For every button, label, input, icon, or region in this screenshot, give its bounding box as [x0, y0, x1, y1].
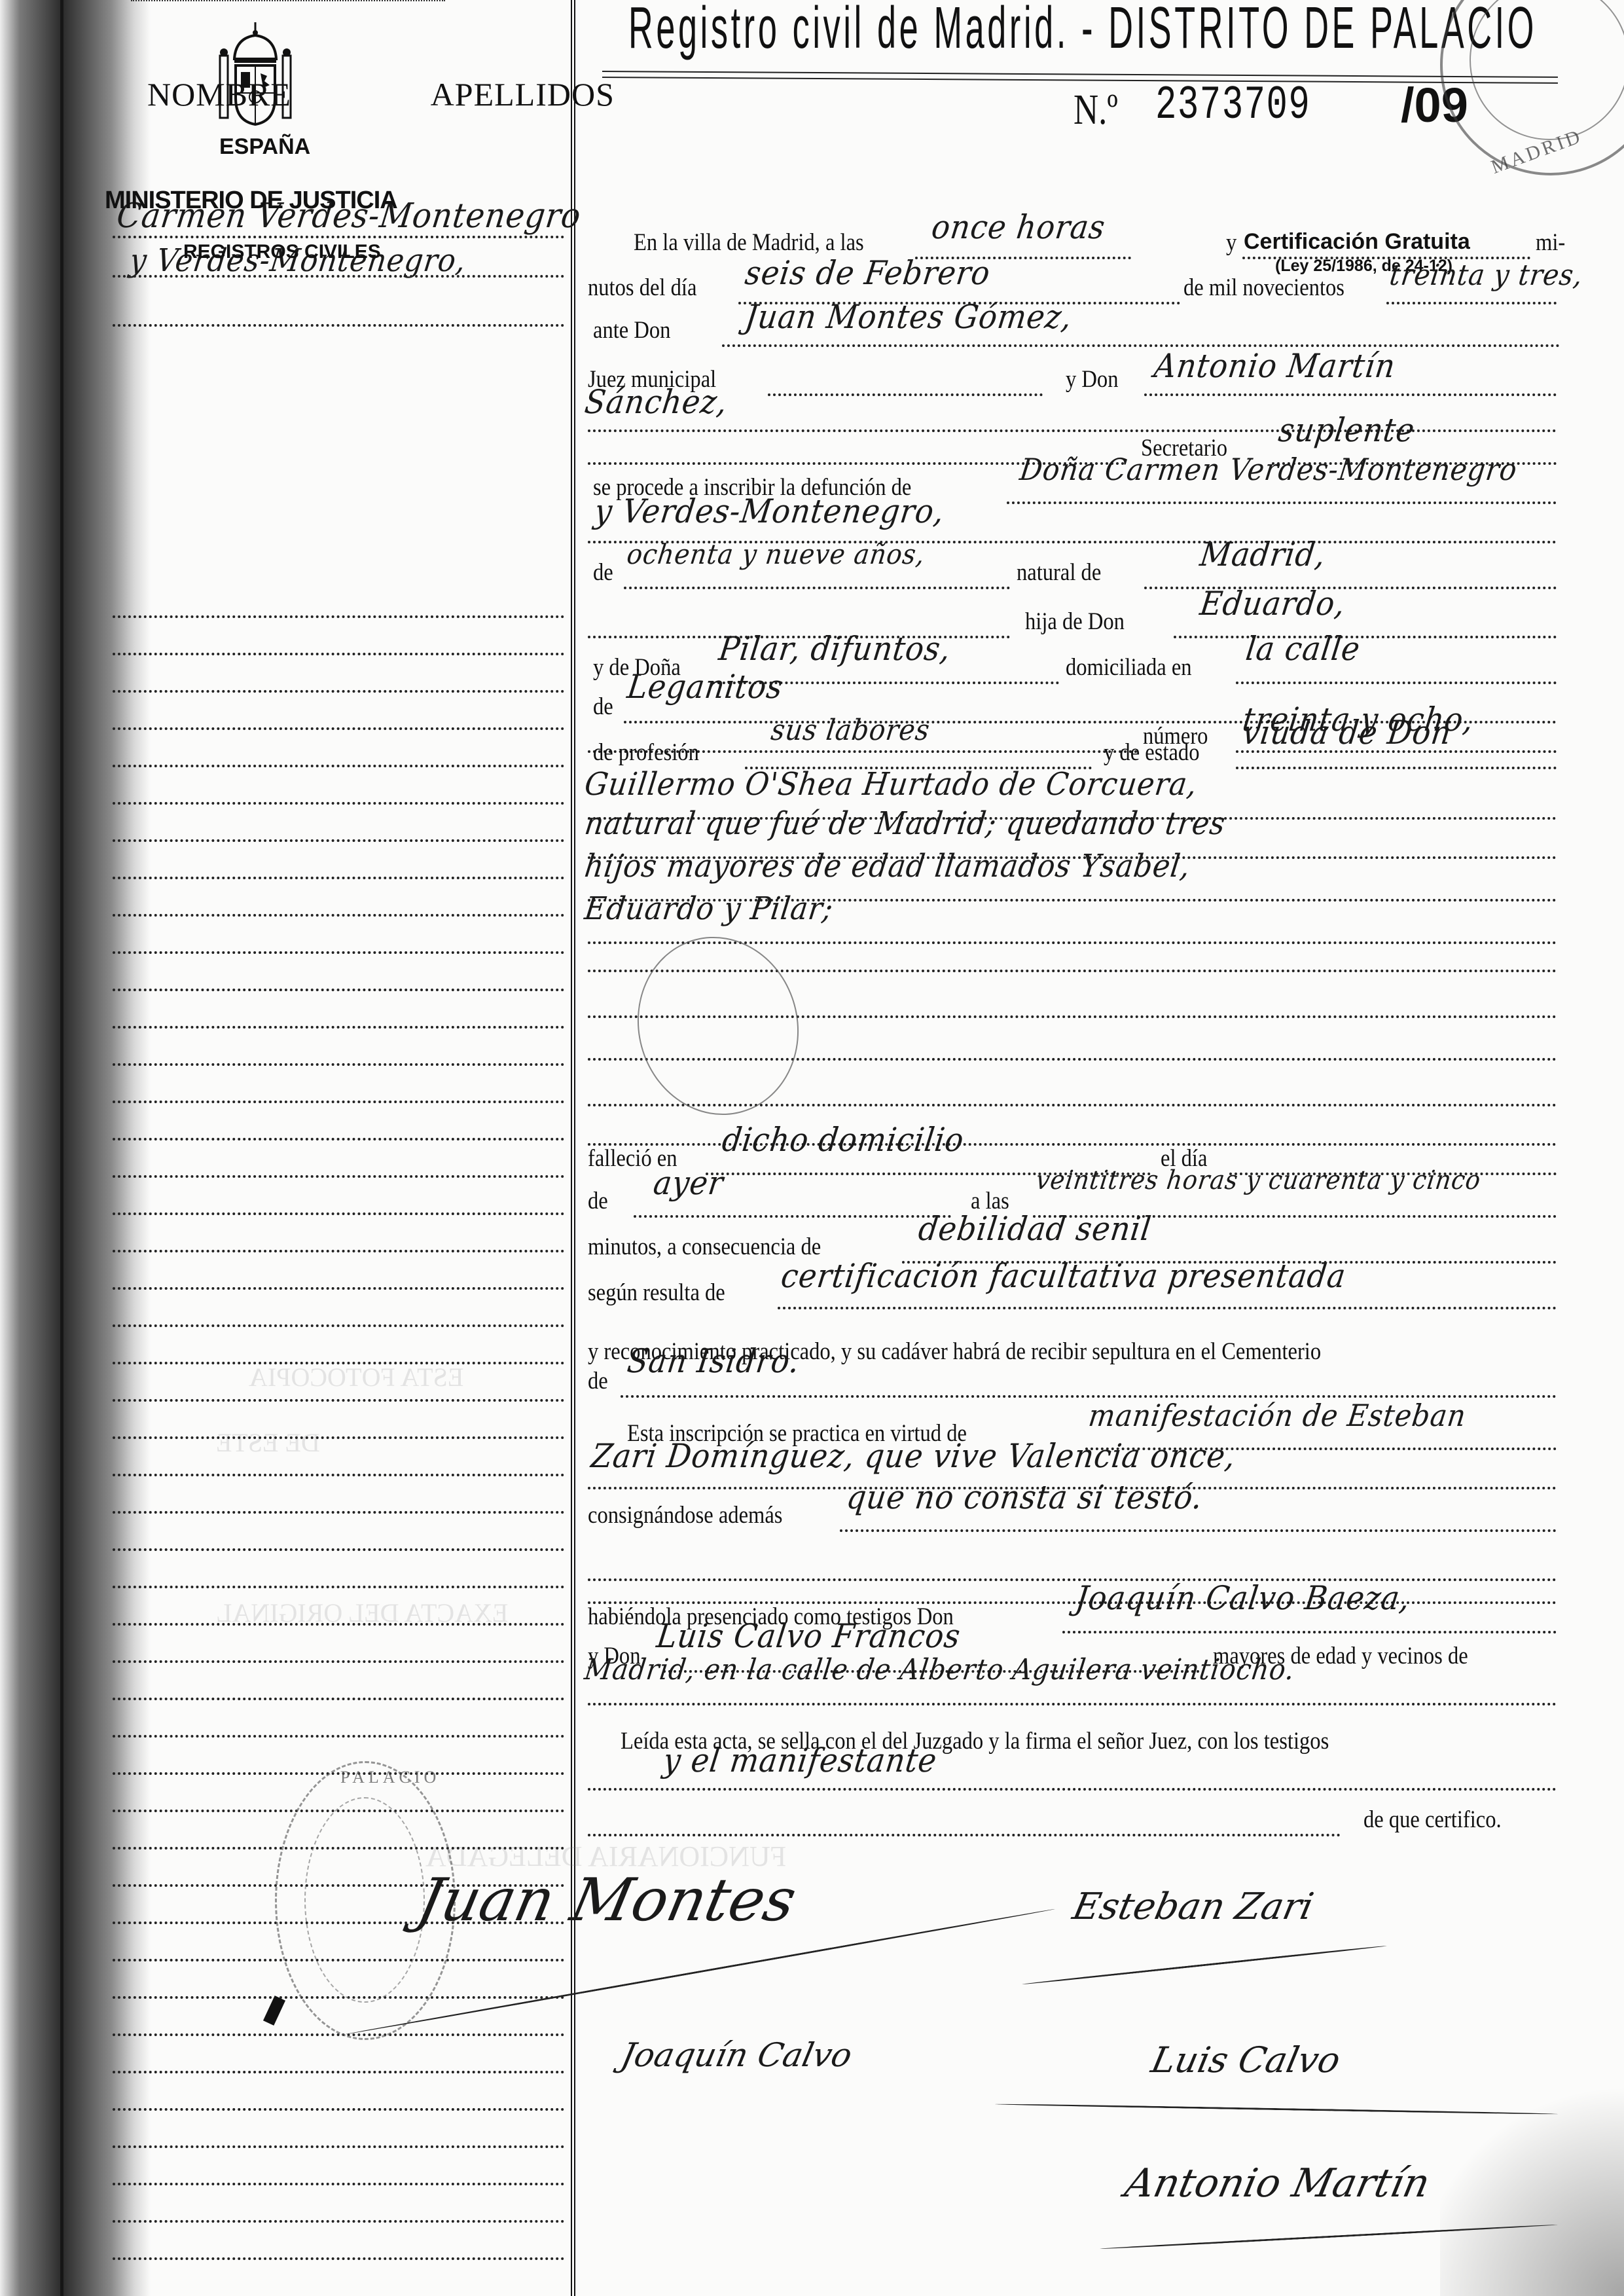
minutes-connector: y: [1226, 228, 1236, 257]
state-value: viuda de Don: [1240, 714, 1454, 752]
ruled-line: [113, 1250, 564, 1252]
ruled-line: [113, 2145, 564, 2148]
ruled-line: [113, 951, 564, 954]
death-day-value: ayer: [651, 1164, 726, 1202]
ruled-line: [113, 1698, 564, 1700]
ruled-line: [113, 1287, 564, 1290]
ruled-line: [113, 236, 564, 238]
form-row-certify: de que certifico.: [581, 1797, 1586, 1839]
profession-label: de profesión: [593, 738, 699, 767]
ruled-line: [113, 1063, 564, 1066]
day-value: seis de Febrero: [743, 254, 992, 292]
ruled-line: [113, 2220, 564, 2223]
ruled-line: [113, 1548, 564, 1551]
death-time-value: veintitres horas y cuarenta y cinco: [1034, 1165, 1483, 1195]
and-don-label: y Don: [1066, 365, 1119, 393]
registry-header: Registro civil de Madrid. - DISTRITO DE …: [628, 0, 1537, 62]
ruled-line: [113, 877, 564, 879]
age-prefix: de: [593, 558, 613, 587]
hours-value: once horas: [929, 208, 1108, 246]
certify-label: de que certifico.: [1363, 1806, 1502, 1834]
child-of-label: hija de Don: [1025, 608, 1125, 636]
mother-value: Pilar, difuntos,: [717, 630, 953, 668]
age-value: ochenta y nueve años,: [625, 538, 927, 570]
ruled-line: [113, 615, 564, 618]
narrative-line: natural que fué de Madrid; quedando tres: [583, 805, 1228, 842]
ruled-line: [113, 1138, 564, 1140]
ruled-line: [113, 1660, 564, 1663]
signature-secretary: Antonio Martín: [1121, 2160, 1434, 2206]
minutes-suffix: mi-: [1536, 228, 1565, 257]
cemetery-prefix: de: [588, 1367, 608, 1395]
deceased-name-line-1: Doña Carmen Verdes-Montenegro: [1018, 452, 1519, 487]
according-label: según resulta de: [588, 1279, 725, 1307]
ruled-line: [113, 839, 564, 842]
ruled-line: [113, 1586, 564, 1588]
witness-1-name: Joaquín Calvo Baeza,: [1074, 1579, 1413, 1617]
ruled-line: [113, 1324, 564, 1327]
record-number-label: N.º: [1074, 85, 1118, 135]
binding-edge: [60, 0, 63, 2296]
also-label: consignándose además: [588, 1501, 782, 1529]
residents-value: Madrid, en la calle de Alberto Aguilera …: [583, 1653, 1297, 1686]
ruled-line: [113, 324, 564, 327]
according-value: certificación facultativa presentada: [779, 1257, 1348, 1295]
narrative-line: hijos mayores de edad llamados Ysabel,: [583, 848, 1193, 884]
native-value: Madrid,: [1198, 536, 1328, 574]
ruled-line: [113, 2257, 564, 2260]
father-value: Eduardo,: [1198, 585, 1348, 623]
ruled-line: [113, 914, 564, 917]
scan-shadow: [1440, 2062, 1624, 2296]
intro-label: En la villa de Madrid, a las: [634, 228, 864, 257]
ruled-line: [113, 989, 564, 991]
judge-name: Juan Montes Gómez,: [743, 298, 1074, 336]
signature-witness-2: Luis Calvo: [1147, 2039, 1344, 2081]
ruled-line: [113, 1175, 564, 1178]
domicile-label: domiciliada en: [1066, 653, 1192, 682]
before-don-label: ante Don: [593, 316, 670, 344]
court-seal-text: PALACIO: [340, 1768, 440, 1787]
ruled-line: [113, 653, 564, 655]
ruled-line: [113, 727, 564, 730]
signature-witness-1: Joaquín Calvo: [618, 2036, 856, 2074]
cause-value: debilidad senil: [916, 1210, 1153, 1248]
year-value: treinta y tres,: [1388, 259, 1585, 292]
record-number: 2373709: [1155, 79, 1310, 132]
street-value: Leganitos: [625, 668, 785, 706]
form-row-judge: ante Don: [581, 308, 1586, 350]
ruled-line: [113, 1362, 564, 1364]
ruled-line: [113, 765, 564, 767]
of-label: de: [588, 1187, 608, 1215]
ruled-line: [113, 1101, 564, 1103]
closing-value: y el manifestante: [661, 1741, 939, 1779]
narrative-line: Guillermo O'Shea Hurtado de Corcuera,: [583, 766, 1199, 803]
ruled-line: [113, 1735, 564, 1738]
inscription-value-2: Zari Domínguez, que vive Valencia once,: [589, 1437, 1238, 1475]
witness-2-name: Luis Calvo Francos: [655, 1617, 963, 1655]
minutes-prefix-label: nutos del día: [588, 274, 696, 302]
ruled-line: [113, 1212, 564, 1215]
certificate-page: ESTA FOTOCOPIA DE ESTE EXACTA DEL ORIGIN…: [0, 0, 1624, 2296]
ruled-line: [113, 2183, 564, 2185]
ruled-line: [113, 690, 564, 693]
court-seal-inner: [304, 1797, 425, 2003]
ruled-line: [113, 2071, 564, 2073]
ruled-line: [113, 1436, 564, 1439]
cemetery-value: San Isidro.: [625, 1342, 802, 1380]
state-label: y de estado: [1104, 738, 1199, 767]
signature-declarant: Esteban Zari: [1069, 1886, 1317, 1928]
profession-value: sus labores: [769, 714, 932, 747]
ruled-line: [113, 1399, 564, 1402]
ruled-line: [113, 275, 564, 278]
signature-flourish: [1022, 1945, 1386, 1986]
secretary-role: suplente: [1276, 411, 1417, 449]
deceased-name-line-2: y Verdes-Montenegro,: [592, 492, 947, 530]
secretary-name-1: Antonio Martín: [1152, 347, 1398, 385]
year-label: de mil novecientos: [1183, 274, 1344, 302]
narrative-line: Eduardo y Pilar;: [583, 890, 835, 927]
ruled-line: [113, 2108, 564, 2111]
also-value: que no consta si testó.: [844, 1478, 1205, 1516]
secretary-name-2: Sánchez,: [583, 383, 730, 421]
ruled-line: [113, 1623, 564, 1626]
death-place-value: dicho domicilio: [720, 1121, 966, 1159]
native-label: natural de: [1017, 558, 1101, 587]
domicile-value: la calle: [1244, 630, 1362, 668]
signature-judge: Juan Montes: [412, 1866, 803, 1935]
ruled-line: [113, 1511, 564, 1514]
inscription-value-1: manifestación de Esteban: [1087, 1398, 1468, 1433]
ruled-line: [113, 1474, 564, 1476]
ruled-line: [113, 802, 564, 805]
ruled-line: [113, 1026, 564, 1029]
column-divider: [571, 0, 575, 2296]
